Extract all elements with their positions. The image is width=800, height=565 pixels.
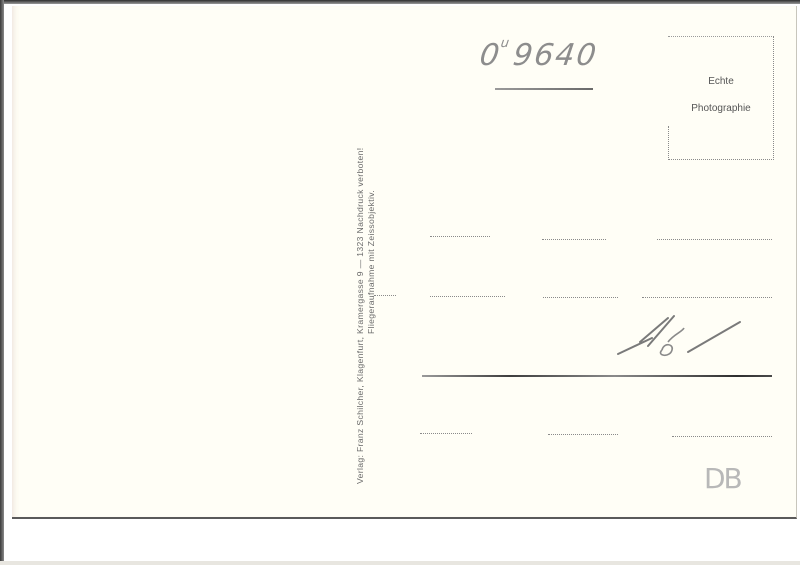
address-line-2-segment-3 <box>642 297 772 298</box>
stamp-box-text-photographie: Photographie <box>668 103 774 114</box>
scan-top-edge <box>0 0 800 4</box>
address-line-4-segment-2 <box>548 434 618 435</box>
scan-bottom-edge <box>0 561 800 565</box>
publisher-imprint-line2: Fliegeraufnahme mit Zeissobjektiv. <box>366 148 377 484</box>
catalog-number: 9640 <box>511 38 600 73</box>
address-line-2-segment-0 <box>374 295 396 296</box>
handwritten-underline <box>495 88 593 90</box>
publisher-imprint-line1: Verlag: Franz Schilcher, Klagenfurt, Kra… <box>355 148 366 484</box>
publisher-imprint: Verlag: Franz Schilcher, Klagenfurt, Kra… <box>355 148 377 484</box>
address-line-4-segment-1 <box>420 433 472 434</box>
scan-left-edge <box>0 0 4 565</box>
address-line-2-segment-2 <box>543 297 618 298</box>
address-line-1-segment-1 <box>430 236 490 237</box>
address-line-3 <box>422 375 772 377</box>
address-line-4-segment-3 <box>672 436 772 437</box>
address-line-1-segment-2 <box>542 239 606 240</box>
catalog-superscript: u <box>500 36 512 51</box>
stamp-box-border-top <box>668 36 774 37</box>
handwritten-signature <box>612 312 742 362</box>
stamp-box-border-bottom <box>668 159 774 160</box>
handwritten-catalog-number: 0u9640 <box>478 38 601 73</box>
handwritten-initials: DB <box>704 462 741 495</box>
address-line-1-segment-3 <box>657 239 772 240</box>
address-line-2-segment-1 <box>430 296 505 297</box>
stamp-box-border-right <box>773 36 774 160</box>
stamp-box-border-left <box>668 126 669 160</box>
stamp-box: Echte Photographie <box>668 36 774 160</box>
stamp-box-text-echte: Echte <box>668 76 774 87</box>
